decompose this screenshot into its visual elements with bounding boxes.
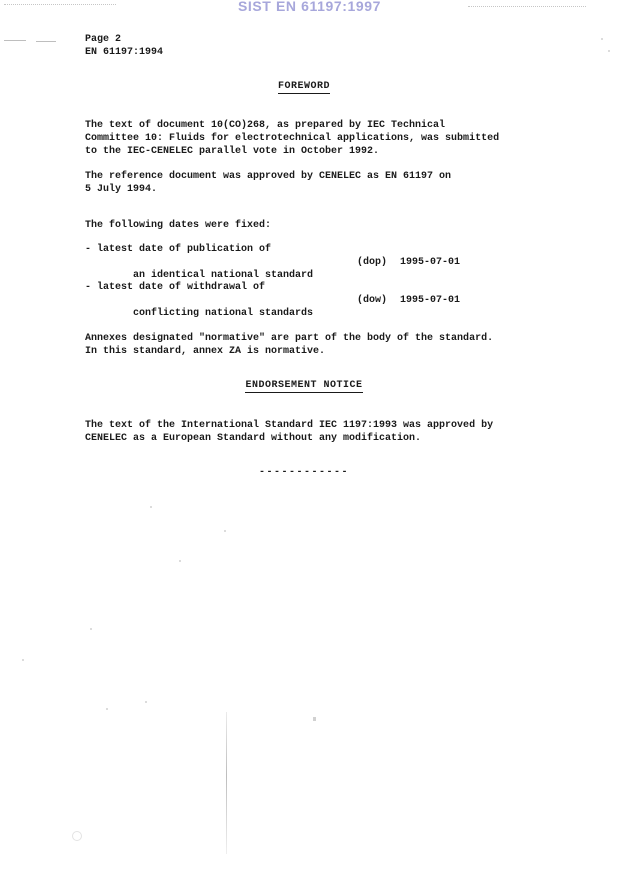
text-line: - latest date of withdrawal of — [85, 281, 313, 294]
text-line: an identical national standard (dop) 199… — [85, 256, 313, 269]
date-abbreviation: (dow) — [357, 294, 387, 307]
date-item-label: an identical national standard — [121, 270, 313, 281]
scan-artifact — [145, 701, 147, 703]
text-line: Committee 10: Fluids for electrotechnica… — [85, 132, 499, 145]
date-item-dow: - latest date of withdrawal of conflicti… — [85, 281, 313, 307]
text-line: to the IEC-CENELEC parallel vote in Octo… — [85, 145, 499, 158]
scan-artifact — [36, 41, 56, 42]
endorsement-heading-text: ENDORSEMENT NOTICE — [245, 380, 362, 393]
date-value: 1995-07-01 — [400, 256, 460, 269]
foreword-heading-text: FOREWORD — [278, 81, 330, 94]
scan-artifact — [4, 40, 26, 41]
watermark: SIST EN 61197:1997 — [0, 0, 619, 14]
paragraph-document-text: The text of document 10(CO)268, as prepa… — [85, 119, 499, 158]
scan-artifact — [150, 506, 152, 508]
paragraph-endorsement: The text of the International Standard I… — [85, 419, 493, 445]
text-line: The text of document 10(CO)268, as prepa… — [85, 119, 499, 132]
scan-artifact — [22, 659, 24, 661]
date-abbreviation: (dop) — [357, 256, 387, 269]
date-item-label: conflicting national standards — [121, 308, 313, 319]
paragraph-reference-approval: The reference document was approved by C… — [85, 170, 451, 196]
text-line: In this standard, annex ZA is normative. — [85, 345, 493, 358]
scan-artifact — [224, 530, 226, 532]
scan-artifact — [106, 708, 108, 710]
paragraph-annexes: Annexes designated "normative" are part … — [85, 332, 493, 358]
scan-artifact — [313, 717, 316, 721]
text-line: 5 July 1994. — [85, 183, 451, 196]
scan-artifact — [179, 560, 181, 562]
date-item-dop: - latest date of publication of an ident… — [85, 243, 313, 269]
text-line: The text of the International Standard I… — [85, 419, 493, 432]
scan-artifact — [601, 38, 603, 40]
scan-artifact — [90, 628, 92, 630]
standard-reference: EN 61197:1994 — [85, 46, 163, 59]
scan-artifact — [608, 50, 610, 52]
page-header: Page 2 EN 61197:1994 — [85, 33, 163, 59]
text-line: conflicting national standards (dow) 199… — [85, 294, 313, 307]
dates-intro: The following dates were fixed: — [85, 219, 271, 232]
page-number: Page 2 — [85, 33, 163, 46]
date-value: 1995-07-01 — [400, 294, 460, 307]
text-line: CENELEC as a European Standard without a… — [85, 432, 493, 445]
text-line: The following dates were fixed: — [85, 219, 271, 232]
end-separator: ------------ — [85, 467, 523, 478]
scan-artifact — [226, 712, 227, 854]
scan-artifact — [72, 831, 82, 841]
text-line: Annexes designated "normative" are part … — [85, 332, 493, 345]
document-page: SIST EN 61197:1997 Page 2 EN 61197:1994 … — [0, 0, 619, 876]
text-line: The reference document was approved by C… — [85, 170, 451, 183]
foreword-heading: FOREWORD — [85, 81, 523, 94]
text-line: - latest date of publication of — [85, 243, 313, 256]
endorsement-heading: ENDORSEMENT NOTICE — [85, 380, 523, 393]
